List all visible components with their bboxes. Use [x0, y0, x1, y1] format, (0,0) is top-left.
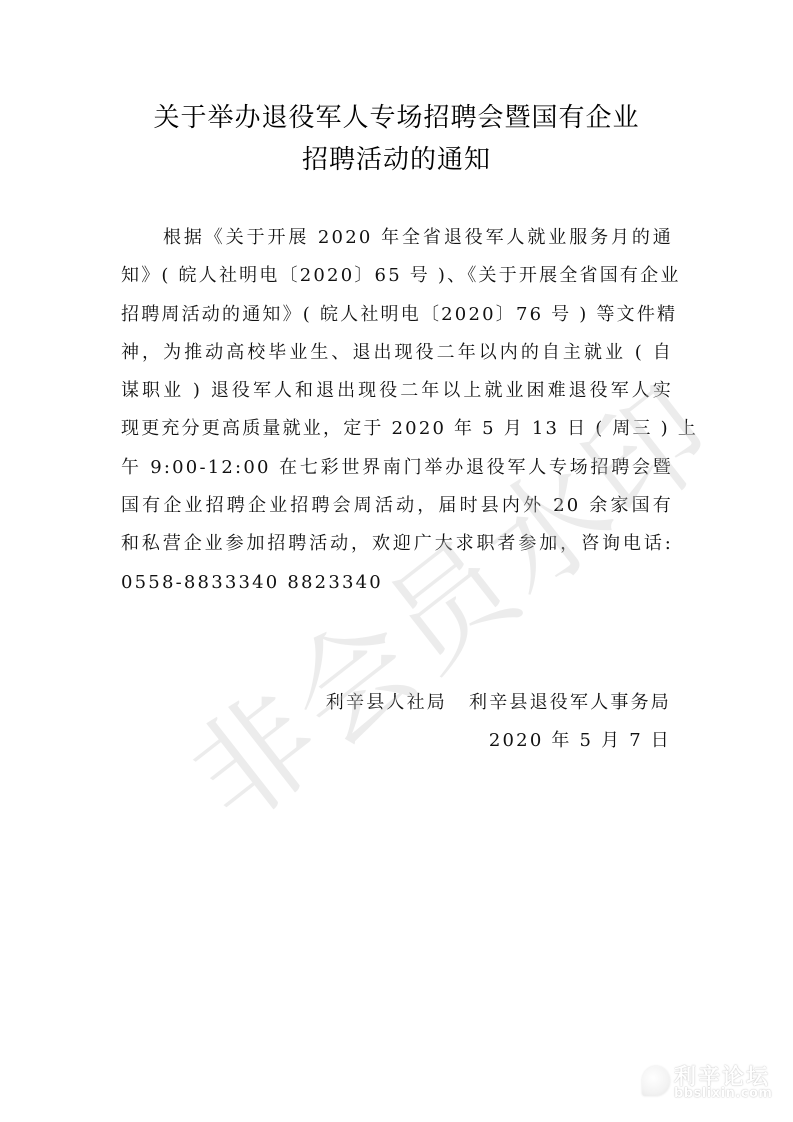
forum-logo-icon	[642, 1066, 670, 1096]
document-title-line-1: 关于举办退役军人专场招聘会暨国有企业	[0, 96, 793, 140]
contact-phone-line: 0558-8833340 8823340	[121, 564, 673, 602]
body-line: 根据《关于开展 2020 年全省退役军人就业服务月的通	[121, 219, 673, 257]
body-line: 神，为推动高校毕业生、退出现役二年以内的自主就业 ( 自	[121, 334, 673, 372]
document-title-line-2: 招聘活动的通知	[0, 138, 793, 182]
body-line: 知》( 皖人社明电〔2020〕65 号 )、《关于开展全省国有企业	[121, 257, 673, 295]
body-line: 午 9:00-12:00 在七彩世界南门举办退役军人专场招聘会暨	[121, 449, 673, 487]
issuer-hrss-bureau: 利辛县人社局	[326, 692, 447, 713]
body-line: 国有企业招聘企业招聘会周活动，届时县内外 20 余家国有	[121, 487, 673, 525]
issue-date: 2020 年 5 月 7 日	[489, 722, 671, 760]
body-line: 谋职业 ) 退役军人和退出现役二年以上就业困难退役军人实	[121, 372, 673, 410]
issuer-veterans-bureau: 利辛县退役军人事务局	[469, 692, 671, 713]
body-line: 招聘周活动的通知》( 皖人社明电〔2020〕76 号 ) 等文件精	[121, 296, 673, 334]
forum-logo-name: 利辛论坛	[674, 1060, 770, 1091]
document-page: 关于举办退役军人专场招聘会暨国有企业 招聘活动的通知 根据《关于开展 2020 …	[0, 0, 793, 1122]
body-line: 和私营企业参加招聘活动，欢迎广大求职者参加，咨询电话:	[121, 525, 673, 563]
forum-logo-watermark: 利辛论坛 bbslixin.com	[640, 1060, 790, 1110]
issuer-signature: 利辛县人社局利辛县退役军人事务局	[326, 684, 671, 722]
forum-logo-domain: bbslixin.com	[674, 1086, 772, 1101]
notice-body: 根据《关于开展 2020 年全省退役军人就业服务月的通 知》( 皖人社明电〔20…	[121, 219, 673, 602]
body-line: 现更充分更高质量就业，定于 2020 年 5 月 13 日 ( 周三 ) 上	[121, 410, 673, 448]
